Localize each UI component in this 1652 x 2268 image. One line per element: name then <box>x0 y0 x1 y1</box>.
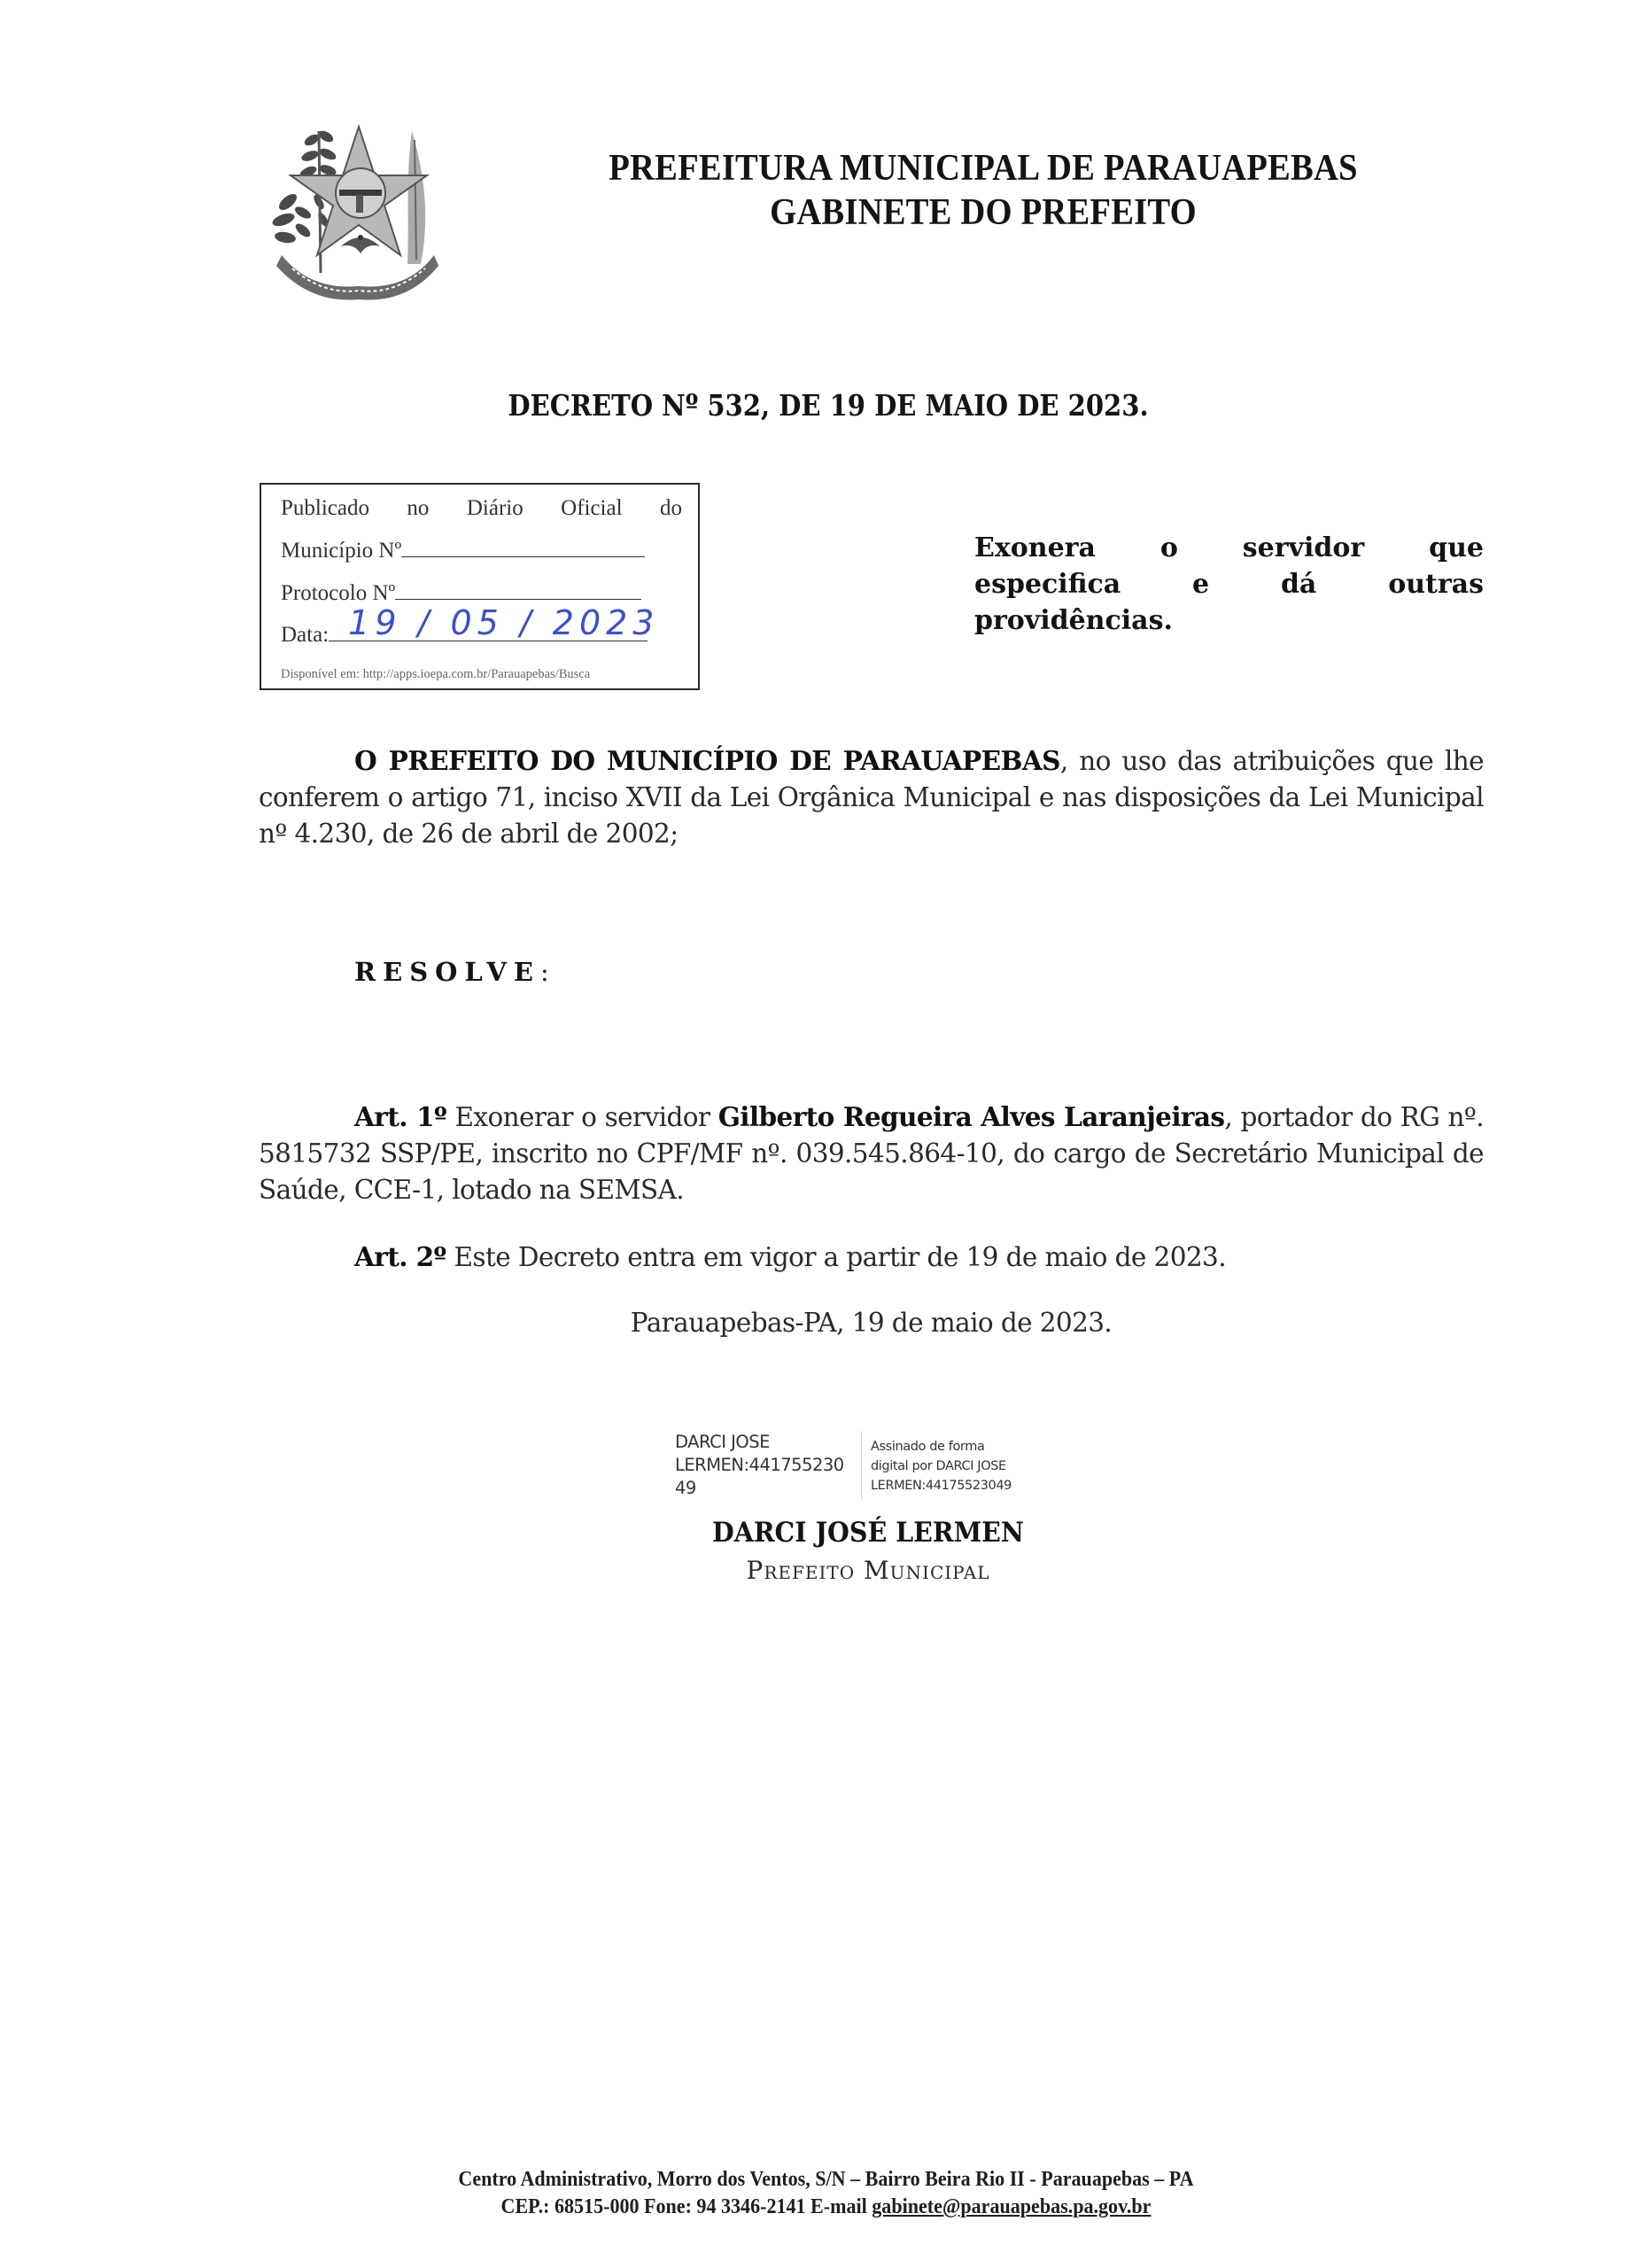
article-1: Art. 1º Exonerar o servidor Gilberto Reg… <box>259 1099 1484 1208</box>
sig-left-line: 49 <box>675 1477 844 1500</box>
sig-right-line: Assinado de forma <box>871 1437 1012 1456</box>
data-label: Data: <box>281 623 329 647</box>
resolve-heading: RESOLVE: <box>354 957 549 987</box>
digital-signature-note: Assinado de forma digital por DARCI JOSE… <box>871 1437 1012 1495</box>
document-page: PREFEITURA MUNICIPAL DE PARAUAPEBAS GABI… <box>0 0 1652 2268</box>
resolve-colon: : <box>540 957 549 987</box>
protocolo-blank <box>395 580 641 600</box>
article-1-text-pre: Exonerar o servidor <box>446 1102 717 1132</box>
summary-word: que <box>1429 530 1484 566</box>
summary-word: o <box>1160 530 1178 566</box>
preamble-authority: O PREFEITO DO MUNICÍPIO DE PARAUAPEBAS <box>354 745 1060 776</box>
summary-word: especifica <box>974 566 1121 602</box>
footer-address: Centro Administrativo, Morro dos Ventos,… <box>322 2165 1330 2220</box>
decree-summary: Exonera o servidor que especifica e dá o… <box>974 530 1484 639</box>
summary-word: dá <box>1281 566 1316 602</box>
publication-stamp-box: Publicado no Diário Oficial do Município… <box>260 483 700 690</box>
municipio-label: Município Nº <box>281 539 401 563</box>
data-blank: 19 / 05 / 2023 <box>329 622 648 641</box>
pub-word: no <box>407 495 429 522</box>
pub-word: do <box>660 495 682 522</box>
pub-word: Oficial <box>561 495 622 522</box>
footer-line-1: Centro Administrativo, Morro dos Ventos,… <box>322 2165 1330 2193</box>
header-title: PREFEITURA MUNICIPAL DE PARAUAPEBAS GABI… <box>535 146 1431 235</box>
data-field: Data:19 / 05 / 2023 <box>281 622 682 649</box>
sig-right-line: LERMEN:44175523049 <box>871 1476 1012 1495</box>
article-2-label: Art. 2º <box>354 1241 446 1272</box>
summary-line-2: especifica e dá outras <box>974 566 1484 602</box>
summary-line-3: providências. <box>974 602 1484 639</box>
municipio-blank <box>401 538 645 557</box>
protocolo-label: Protocolo Nº <box>281 581 395 605</box>
resolve-label: RESOLVE <box>354 957 540 987</box>
handwritten-date: 19 / 05 / 2023 <box>348 610 659 636</box>
summary-word: servidor <box>1243 530 1364 566</box>
municipio-field: Município Nº <box>281 538 682 564</box>
signer-title: Prefeito Municipal <box>531 1556 1205 1585</box>
servant-name: Gilberto Regueira Alves Laranjeiras <box>718 1101 1225 1132</box>
footer-line-2: CEP.: 68515-000 Fone: 94 3346-2141 E-mai… <box>322 2193 1330 2220</box>
article-2-text: Este Decreto entra em vigor a partir de … <box>446 1242 1226 1272</box>
pub-word: Diário <box>467 495 524 522</box>
sig-right-line: digital por DARCI JOSE <box>871 1456 1012 1476</box>
header-line-1: PREFEITURA MUNICIPAL DE PARAUAPEBAS <box>535 146 1431 190</box>
publication-url-note: Disponível em: http://apps.ioepa.com.br/… <box>281 667 687 682</box>
article-2: Art. 2º Este Decreto entra em vigor a pa… <box>259 1239 1484 1276</box>
pub-word: Publicado <box>281 495 369 522</box>
signature-divider <box>861 1431 862 1500</box>
footer-email-link[interactable]: gabinete@parauapebas.pa.gov.br <box>872 2194 1151 2218</box>
summary-word: Exonera <box>974 530 1096 566</box>
preamble-paragraph: O PREFEITO DO MUNICÍPIO DE PARAUAPEBAS, … <box>259 742 1484 852</box>
summary-word: outras <box>1388 566 1484 602</box>
footer-contact: CEP.: 68515-000 Fone: 94 3346-2141 E-mai… <box>501 2194 873 2218</box>
summary-word: e <box>1192 566 1209 602</box>
sig-left-line: DARCI JOSE <box>675 1431 844 1454</box>
summary-line-1: Exonera o servidor que <box>974 530 1484 566</box>
publication-heading: Publicado no Diário Oficial do <box>281 495 682 522</box>
signer-name: DARCI JOSÉ LERMEN <box>558 1517 1177 1549</box>
digital-signature-name: DARCI JOSE LERMEN:441755230 49 <box>675 1431 844 1500</box>
header-line-2: GABINETE DO PREFEITO <box>535 190 1431 235</box>
place-and-date: Parauapebas-PA, 19 de maio de 2023. <box>259 1308 1484 1338</box>
coat-of-arms-icon <box>257 113 456 313</box>
decree-title: DECRETO Nº 532, DE 19 DE MAIO DE 2023. <box>333 386 1323 425</box>
sig-left-line: LERMEN:441755230 <box>675 1454 844 1477</box>
article-1-label: Art. 1º <box>354 1101 446 1132</box>
